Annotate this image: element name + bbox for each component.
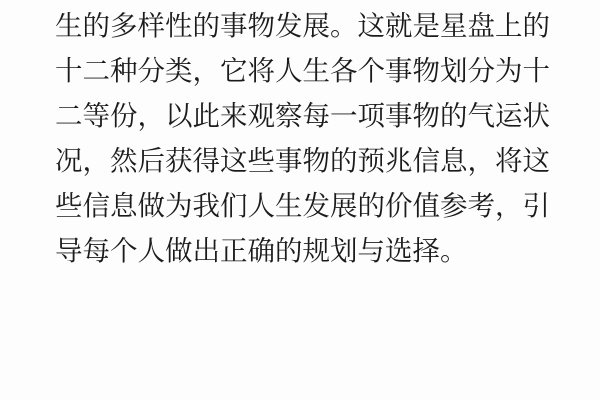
text-line: 导每个人做出正确的规划与选择。 bbox=[55, 228, 555, 273]
text-line: 些信息做为我们人生发展的价值参考，引 bbox=[55, 183, 555, 228]
text-line: 十二种分类，它将人生各个事物划分为十 bbox=[55, 48, 555, 93]
paragraph: 生的多样性的事物发展。这就是星盘上的 十二种分类，它将人生各个事物划分为十 二等… bbox=[55, 3, 555, 273]
document-page: 生的多样性的事物发展。这就是星盘上的 十二种分类，它将人生各个事物划分为十 二等… bbox=[0, 0, 600, 400]
text-line: 生的多样性的事物发展。这就是星盘上的 bbox=[55, 3, 555, 48]
text-line: 况，然后获得这些事物的预兆信息，将这 bbox=[55, 138, 555, 183]
text-line: 二等份，以此来观察每一项事物的气运状 bbox=[55, 93, 555, 138]
